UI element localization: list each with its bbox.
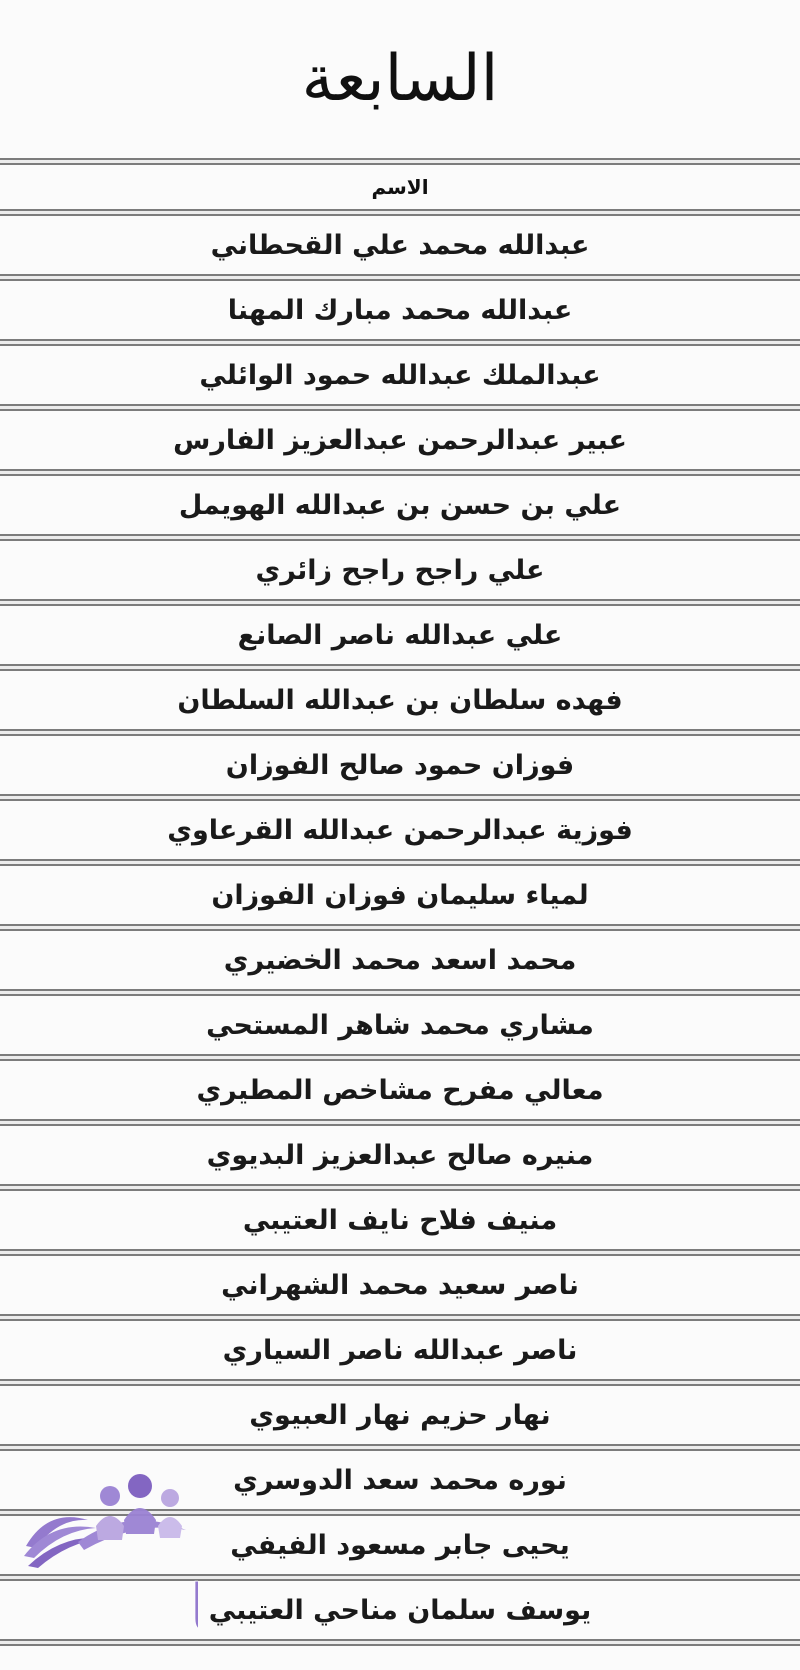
table-row: فهده سلطان بن عبدالله السلطان [0,671,800,729]
student-name: معالي مفرح مشاخص المطيري [196,1075,603,1106]
table-header-row: الاسم [0,165,800,209]
table-row: ناصر سعيد محمد الشهراني [0,1256,800,1314]
student-name: فهده سلطان بن عبدالله السلطان [177,685,622,716]
student-name: لمياء سليمان فوزان الفوزان [211,880,588,911]
table-row: محمد اسعد محمد الخضيري [0,931,800,989]
table-row: منيره صالح عبدالعزيز البديوي [0,1126,800,1184]
row-divider [0,989,800,996]
student-name: منيف فلاح نايف العتيبي [243,1205,557,1236]
row-divider [0,1054,800,1061]
title-section: السابعة [0,0,800,158]
table-row: معالي مفرح مشاخص المطيري [0,1061,800,1119]
student-name: منيره صالح عبدالعزيز البديوي [207,1140,594,1171]
table-row: عبدالله محمد علي القحطاني [0,216,800,274]
row-divider [0,1119,800,1126]
table-row: مشاري محمد شاهر المستحي [0,996,800,1054]
student-name: ناصر سعيد محمد الشهراني [221,1270,579,1301]
row-divider [0,1444,800,1451]
row-divider [0,1249,800,1256]
table-row: نهار حزيم نهار العبيوي [0,1386,800,1444]
student-name: عبدالملك عبدالله حمود الوائلي [199,360,600,391]
student-name: علي راجح راجح زائري [256,555,545,586]
table-row: لمياء سليمان فوزان الفوزان [0,866,800,924]
student-name: مشاري محمد شاهر المستحي [206,1010,594,1041]
row-divider [0,1379,800,1386]
table-row: نوره محمد سعد الدوسري [0,1451,800,1509]
student-name: ناصر عبدالله ناصر السياري [223,1335,578,1366]
row-divider [0,274,800,281]
student-name: عبدالله محمد علي القحطاني [211,230,590,261]
row-divider [0,794,800,801]
row-divider [0,924,800,931]
student-name: علي عبدالله ناصر الصانع [238,620,563,651]
row-divider [0,1574,800,1581]
table-row: فوزية عبدالرحمن عبدالله القرعاوي [0,801,800,859]
table-border-top [0,158,800,165]
student-name: محمد اسعد محمد الخضيري [224,945,577,976]
row-divider [0,339,800,346]
table-row: علي عبدالله ناصر الصانع [0,606,800,664]
student-name: عبدالله محمد مبارك المهنا [228,295,573,326]
table-row: يحيى جابر مسعود الفيفي [0,1516,800,1574]
names-table: الاسم عبدالله محمد علي القحطانيعبدالله م… [0,158,800,1646]
table-row: ناصر عبدالله ناصر السياري [0,1321,800,1379]
table-body: عبدالله محمد علي القحطانيعبدالله محمد مب… [0,209,800,1646]
student-name: عبير عبدالرحمن عبدالعزيز الفارس [173,425,627,456]
student-name: علي بن حسن بن عبدالله الهويمل [179,490,621,521]
row-divider [0,209,800,216]
row-divider [0,729,800,736]
student-name: يحيى جابر مسعود الفيفي [230,1530,569,1561]
student-name: فوزية عبدالرحمن عبدالله القرعاوي [167,815,633,846]
table-border-bottom [0,1639,800,1646]
table-row: علي بن حسن بن عبدالله الهويمل [0,476,800,534]
table-row: علي راجح راجح زائري [0,541,800,599]
row-divider [0,1184,800,1191]
row-divider [0,599,800,606]
table-row: منيف فلاح نايف العتيبي [0,1191,800,1249]
table-row: عبدالله محمد مبارك المهنا [0,281,800,339]
row-divider [0,404,800,411]
row-divider [0,534,800,541]
row-divider [0,1314,800,1321]
student-name: نوره محمد سعد الدوسري [233,1465,567,1496]
row-divider [0,469,800,476]
student-name: نهار حزيم نهار العبيوي [249,1400,550,1431]
page-title: السابعة [302,42,499,116]
student-name: فوزان حمود صالح الفوزان [226,750,574,781]
table-row: عبدالملك عبدالله حمود الوائلي [0,346,800,404]
name-column-header: الاسم [371,175,428,199]
table-row: يوسف سلمان مناحي العتيبي [0,1581,800,1639]
table-row: فوزان حمود صالح الفوزان [0,736,800,794]
row-divider [0,859,800,866]
student-name: يوسف سلمان مناحي العتيبي [209,1595,592,1626]
row-divider [0,1509,800,1516]
row-divider [0,664,800,671]
table-row: عبير عبدالرحمن عبدالعزيز الفارس [0,411,800,469]
